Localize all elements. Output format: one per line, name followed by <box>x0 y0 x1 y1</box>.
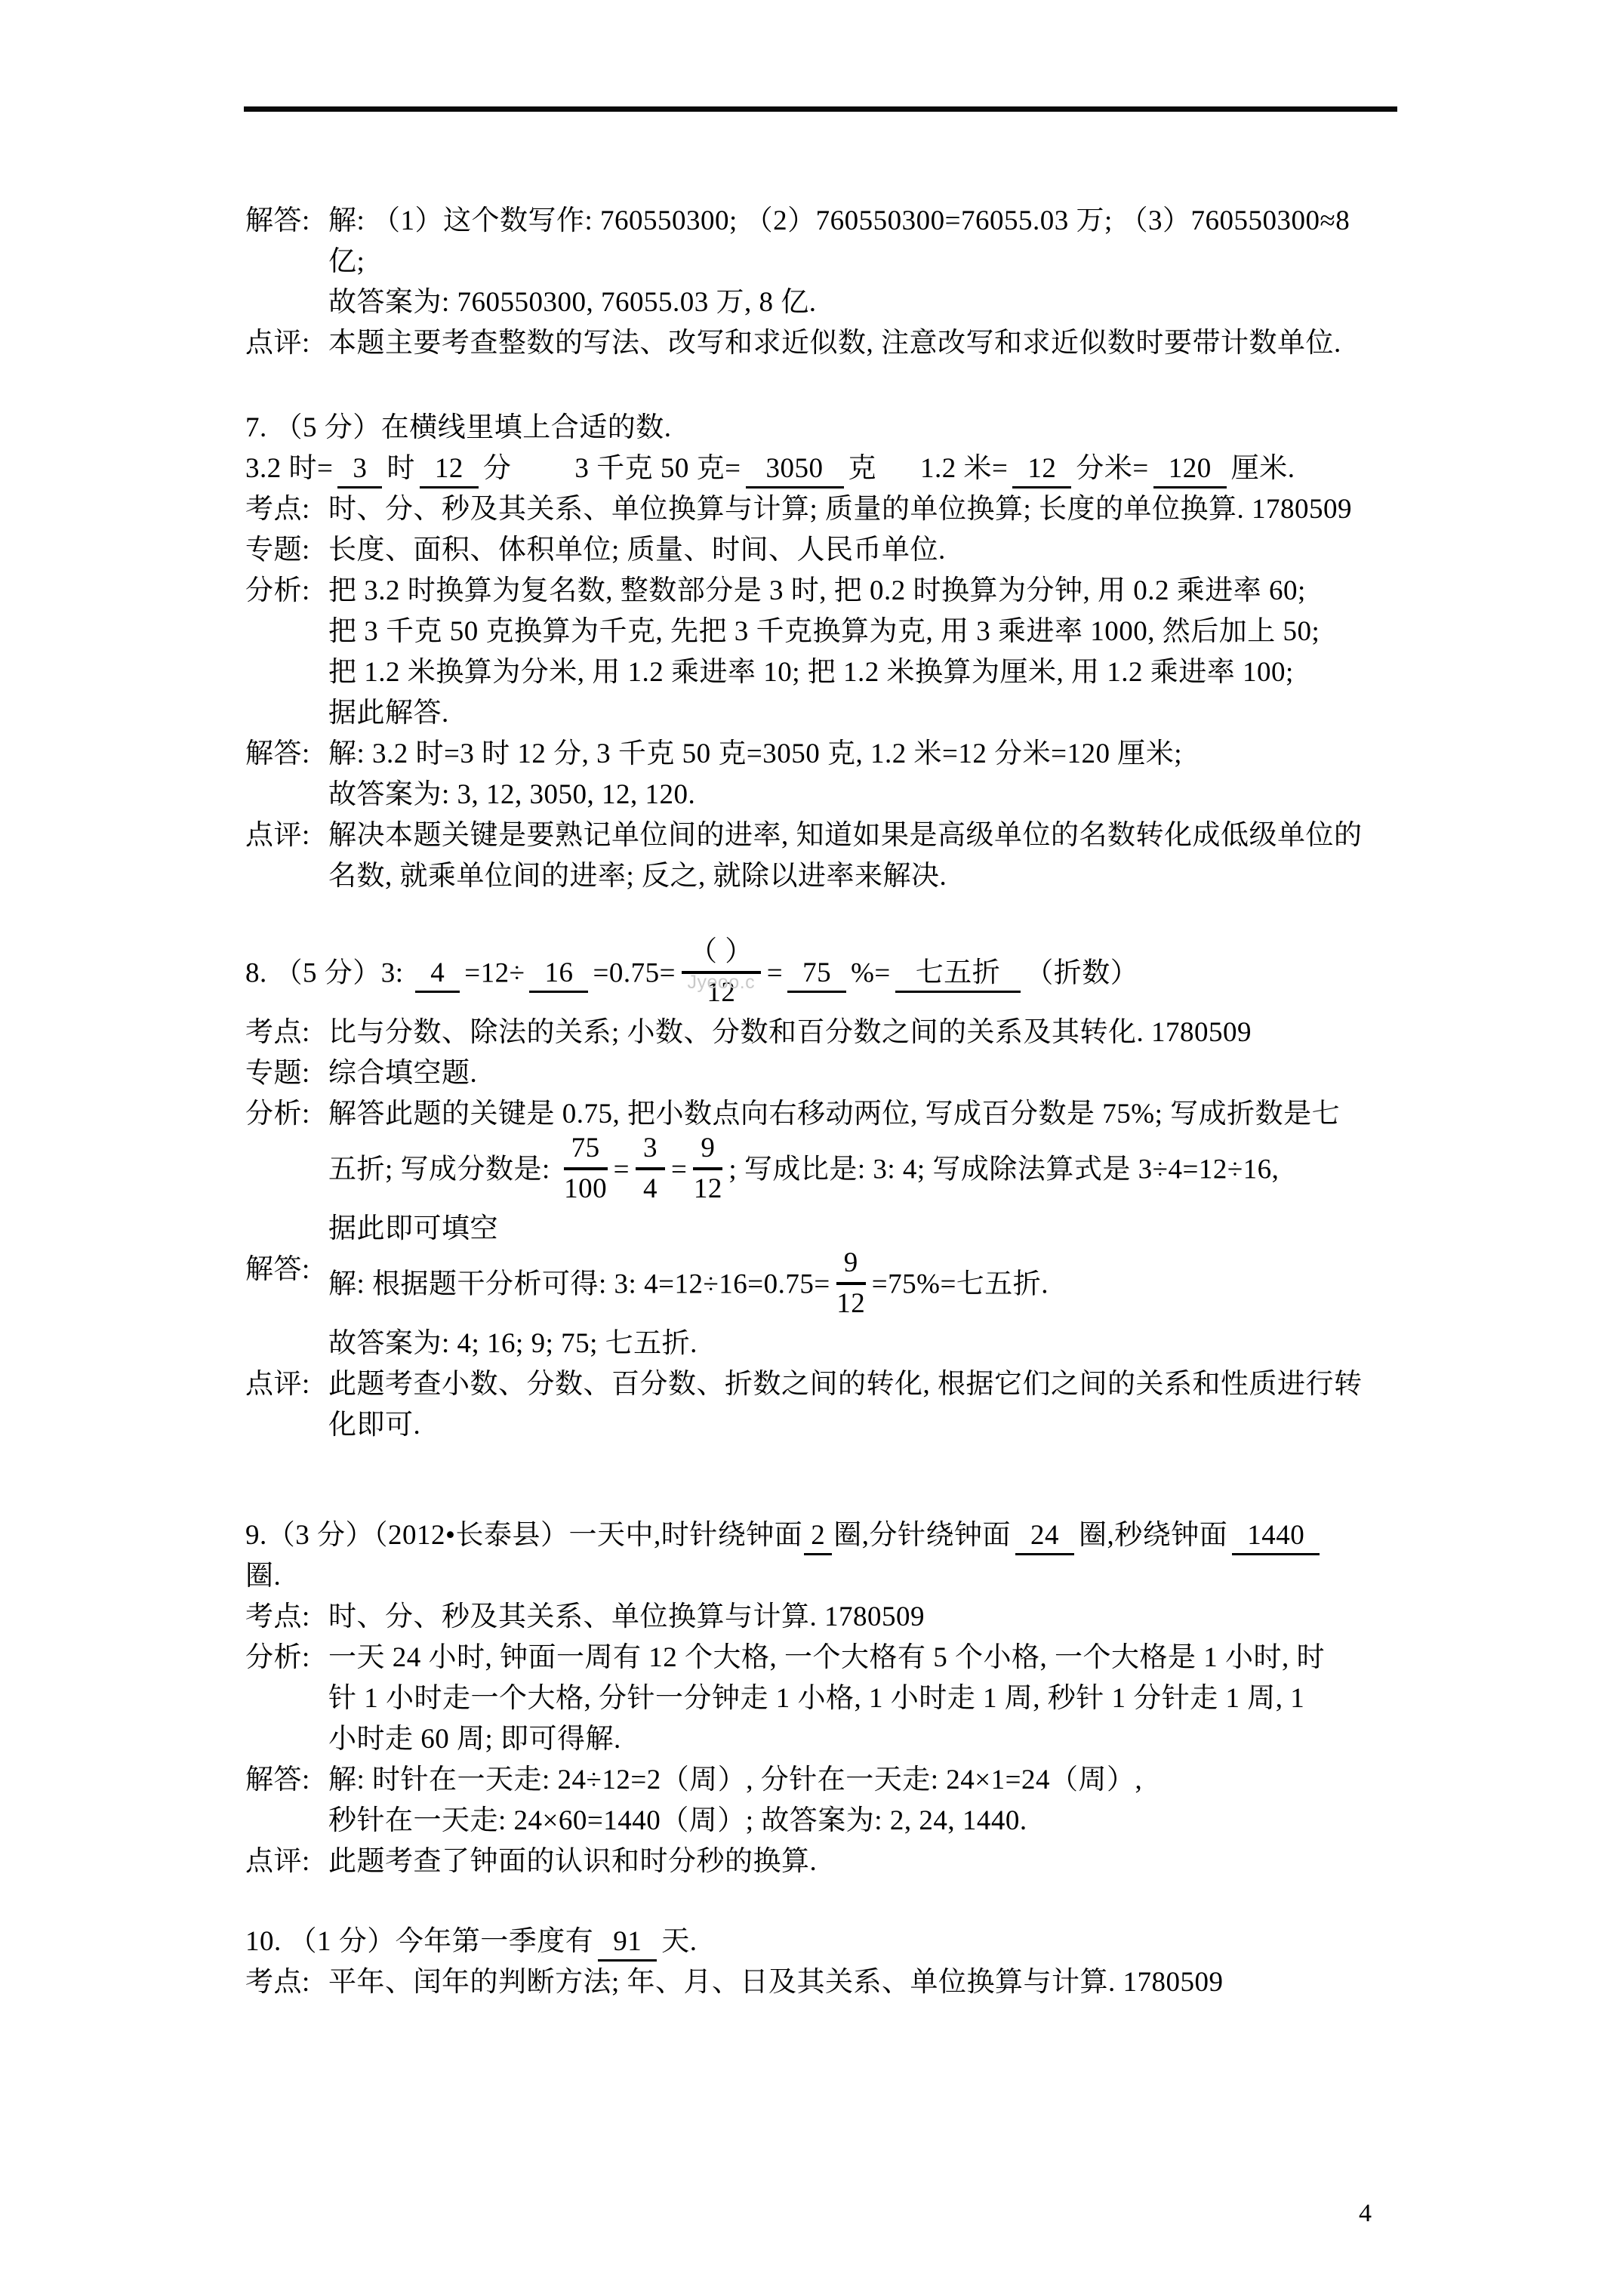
topic-label: 考点: <box>245 1012 328 1053</box>
fill-text: 9.（3 分）（2012•长泰县）一天中,时针绕钟面 <box>245 1520 802 1551</box>
answer-line: 故答案为: 3, 12, 3050, 12, 120. <box>328 775 1400 815</box>
topic-body: 比与分数、除法的关系; 小数、分数和百分数之间的关系及其转化. 1780509 <box>328 1012 1400 1053</box>
blank-answer: 120 <box>1153 452 1227 488</box>
question-9-title: 9.（3 分）（2012•长泰县）一天中,时针绕钟面2圈,分针绕钟面24圈,秒绕… <box>245 1515 1400 1556</box>
question-7-title: 7. （5 分）在横线里填上合适的数. <box>245 408 1400 448</box>
analysis-line: 小时走 60 周; 即可得解. <box>328 1719 1400 1760</box>
fill-text: =75%=七五折. <box>872 1268 1049 1299</box>
answer-label: 解答: <box>245 1760 328 1801</box>
analysis-body: 解答此题的关键是 0.75, 把小数点向右移动两位, 写成百分数是 75%; 写… <box>328 1094 1400 1250</box>
analysis-paragraph: 分析: 解答此题的关键是 0.75, 把小数点向右移动两位, 写成百分数是 75… <box>245 1094 1400 1250</box>
analysis-paragraph: 分析: 把 3.2 时换算为复名数, 整数部分是 3 时, 把 0.2 时换算为… <box>245 571 1400 734</box>
blank-answer: 12 <box>1012 452 1071 488</box>
analysis-line-fractions: 五折; 写成分数是: 75100=34=912; 写成比是: 3: 4; 写成除… <box>328 1135 1400 1209</box>
answer-line: 解: 3.2 时=3 时 12 分, 3 千克 50 克=3050 克, 1.2… <box>328 734 1400 775</box>
blank-answer: 3 <box>337 452 382 488</box>
topic-label: 考点: <box>245 489 328 530</box>
answer-line: 故答案为: 4; 16; 9; 75; 七五折. <box>328 1324 1400 1364</box>
answer-line: 亿; <box>328 242 1400 282</box>
comment-paragraph: 点评: 解决本题关键是要熟记单位间的进率, 知道如果是高级单位的名数转化成低级单… <box>245 815 1400 897</box>
fraction: 75100 <box>564 1132 608 1206</box>
answer-body: 解: （1）这个数写作: 760550300; （2）760550300=760… <box>328 201 1400 323</box>
answer-label: 解答: <box>245 201 328 242</box>
answer-body: 解: 根据题干分析可得: 3: 4=12÷16=0.75=912=75%=七五折… <box>328 1250 1400 1364</box>
question-7-section: 7. （5 分）在横线里填上合适的数. 3.2 时=3时12分3 千克 50 克… <box>245 408 1400 897</box>
fill-text: （折数） <box>1025 957 1138 988</box>
blank-answer: 4 <box>415 957 460 993</box>
question-8-section: 8. （5 分）3: 4=12÷16=0.75=（ ）12Jyeoo.c=75%… <box>245 938 1400 1446</box>
answer-paragraph: 解答: 解: 时针在一天走: 24÷12=2（周）, 分针在一天走: 24×1=… <box>245 1760 1400 1841</box>
fraction-denominator: 4 <box>636 1170 665 1206</box>
fill-text: = <box>614 1154 630 1185</box>
fill-text: 时 <box>387 453 415 484</box>
fill-text: 克 <box>848 453 877 484</box>
fill-text: 分米= <box>1076 453 1148 484</box>
comment-paragraph: 点评: 此题考查了钟面的认识和时分秒的换算. <box>245 1841 1400 1882</box>
answer-line: 故答案为: 760550300, 76055.03 万, 8 亿. <box>328 282 1400 323</box>
topic-body: 时、分、秒及其关系、单位换算与计算. 1780509 <box>328 1597 1400 1638</box>
comment-line: 名数, 就乘单位间的进率; 反之, 就除以进率来解决. <box>328 856 1400 897</box>
blank-answer: 七五折 <box>895 957 1021 993</box>
comment-paragraph: 点评: 本题主要考查整数的写法、改写和求近似数, 注意改写和求近似数时要带计数单… <box>245 323 1400 364</box>
fraction-denominator: 100 <box>564 1170 608 1206</box>
page-content: 解答: 解: （1）这个数写作: 760550300; （2）760550300… <box>245 201 1400 2003</box>
blank-answer: 24 <box>1015 1519 1074 1555</box>
fraction: 912 <box>836 1247 866 1321</box>
answer-line: 秒针在一天走: 24×60=1440（周）; 故答案为: 2, 24, 1440… <box>328 1801 1400 1841</box>
comment-body: 本题主要考查整数的写法、改写和求近似数, 注意改写和求近似数时要带计数单位. <box>328 323 1400 364</box>
jyeoo-watermark: Jyeoo.c <box>687 973 755 992</box>
blank-answer: 1440 <box>1232 1519 1320 1555</box>
question-8-title: 8. （5 分）3: 4=12÷16=0.75=（ ）12Jyeoo.c=75%… <box>245 938 1400 1012</box>
analysis-line: 把 3 千克 50 克换算为千克, 先把 3 千克换算为克, 用 3 乘进率 1… <box>328 612 1400 652</box>
fraction-numerator: 9 <box>836 1247 866 1285</box>
comment-body: 此题考查小数、分数、百分数、折数之间的转化, 根据它们之间的关系和性质进行转 化… <box>328 1364 1400 1446</box>
topic-paragraph: 考点: 平年、闰年的判断方法; 年、月、日及其关系、单位换算与计算. 17805… <box>245 1962 1400 2003</box>
theme-body: 长度、面积、体积单位; 质量、时间、人民币单位. <box>328 530 1400 571</box>
analysis-line: 解答此题的关键是 0.75, 把小数点向右移动两位, 写成百分数是 75%; 写… <box>328 1094 1400 1135</box>
blank-answer: 16 <box>529 957 588 993</box>
fill-text: 10. （1 分）今年第一季度有 <box>245 1926 593 1957</box>
fill-text: = <box>671 1154 687 1185</box>
topic-body: 时、分、秒及其关系、单位换算与计算; 质量的单位换算; 长度的单位换算. 178… <box>328 489 1400 530</box>
blank-answer: 2 <box>804 1519 832 1555</box>
topic-paragraph: 考点: 时、分、秒及其关系、单位换算与计算. 1780509 <box>245 1597 1400 1638</box>
theme-paragraph: 专题: 长度、面积、体积单位; 质量、时间、人民币单位. <box>245 530 1400 571</box>
fill-text: 厘米. <box>1231 453 1295 484</box>
question-7-fill-line: 3.2 时=3时12分3 千克 50 克=3050克1.2 米=12分米=120… <box>245 448 1400 489</box>
fill-text: 五折; 写成分数是: <box>328 1154 558 1185</box>
answer-label: 解答: <box>245 1250 328 1290</box>
fill-text: %= <box>851 957 891 988</box>
fraction-numerator: 3 <box>636 1132 665 1170</box>
blank-answer: 12 <box>420 452 479 488</box>
fill-text: 圈,分针绕钟面 <box>833 1520 1011 1551</box>
fill-text: 天. <box>661 1926 697 1957</box>
analysis-line: 据此解答. <box>328 693 1400 734</box>
analysis-label: 分析: <box>245 571 328 612</box>
fill-text: 1.2 米= <box>920 453 1008 484</box>
analysis-line: 把 1.2 米换算为分米, 用 1.2 乘进率 10; 把 1.2 米换算为厘米… <box>328 652 1400 693</box>
blank-answer: 91 <box>598 1925 657 1962</box>
topic-paragraph: 考点: 比与分数、除法的关系; 小数、分数和百分数之间的关系及其转化. 1780… <box>245 1012 1400 1053</box>
analysis-body: 把 3.2 时换算为复名数, 整数部分是 3 时, 把 0.2 时换算为分钟, … <box>328 571 1400 734</box>
fraction-numerator: 75 <box>564 1132 608 1170</box>
question-6-answer-section: 解答: 解: （1）这个数写作: 760550300; （2）760550300… <box>245 201 1400 364</box>
blank-answer: 3050 <box>746 452 844 488</box>
analysis-label: 分析: <box>245 1638 328 1678</box>
fill-text: 圈,秒绕钟面 <box>1079 1520 1227 1551</box>
comment-body: 解决本题关键是要熟记单位间的进率, 知道如果是高级单位的名数转化成低级单位的 名… <box>328 815 1400 897</box>
topic-paragraph: 考点: 时、分、秒及其关系、单位换算与计算; 质量的单位换算; 长度的单位换算.… <box>245 489 1400 530</box>
comment-line: 此题考查小数、分数、百分数、折数之间的转化, 根据它们之间的关系和性质进行转 <box>328 1364 1400 1405</box>
answer-label: 解答: <box>245 734 328 775</box>
document-page: 解答: 解: （1）这个数写作: 760550300; （2）760550300… <box>0 0 1623 2296</box>
fraction-denominator: 12 <box>836 1285 866 1321</box>
answer-paragraph: 解答: 解: （1）这个数写作: 760550300; （2）760550300… <box>245 201 1400 323</box>
answer-line: 解: 时针在一天走: 24÷12=2（周）, 分针在一天走: 24×1=24（周… <box>328 1760 1400 1801</box>
fraction-numerator: （ ） <box>682 935 761 974</box>
fill-text: 3 千克 50 克= <box>574 453 741 484</box>
fill-text: 解: 根据题干分析可得: 3: 4=12÷16=0.75= <box>328 1268 830 1299</box>
comment-label: 点评: <box>245 323 328 364</box>
comment-line: 解决本题关键是要熟记单位间的进率, 知道如果是高级单位的名数转化成低级单位的 <box>328 815 1400 856</box>
comment-label: 点评: <box>245 1841 328 1882</box>
fill-text: = <box>767 957 783 988</box>
analysis-line: 一天 24 小时, 钟面一周有 12 个大格, 一个大格有 5 个小格, 一个大… <box>328 1638 1400 1678</box>
fraction: 34 <box>636 1132 665 1206</box>
analysis-line: 据此即可填空 <box>328 1209 1400 1250</box>
fill-text: =12÷ <box>464 957 525 988</box>
theme-body: 综合填空题. <box>328 1053 1400 1094</box>
answer-paragraph: 解答: 解: 3.2 时=3 时 12 分, 3 千克 50 克=3050 克,… <box>245 734 1400 815</box>
blank-answer: 75 <box>787 957 846 993</box>
answer-body: 解: 3.2 时=3 时 12 分, 3 千克 50 克=3050 克, 1.2… <box>328 734 1400 815</box>
topic-label: 考点: <box>245 1962 328 2003</box>
analysis-line: 把 3.2 时换算为复名数, 整数部分是 3 时, 把 0.2 时换算为分钟, … <box>328 571 1400 612</box>
question-10-title: 10. （1 分）今年第一季度有91天. <box>245 1922 1400 1962</box>
fill-text: 分 <box>483 453 512 484</box>
fraction: 912 <box>693 1132 722 1206</box>
fill-text: 8. （5 分）3: <box>245 957 411 988</box>
answer-line: 解: （1）这个数写作: 760550300; （2）760550300=760… <box>328 201 1400 242</box>
fill-text: =0.75= <box>593 957 675 988</box>
question-9-section: 9.（3 分）（2012•长泰县）一天中,时针绕钟面2圈,分针绕钟面24圈,秒绕… <box>245 1515 1400 1882</box>
topic-label: 考点: <box>245 1597 328 1638</box>
header-rule <box>244 106 1397 112</box>
comment-line: 化即可. <box>328 1405 1400 1446</box>
answer-body: 解: 时针在一天走: 24÷12=2（周）, 分针在一天走: 24×1=24（周… <box>328 1760 1400 1841</box>
page-number: 4 <box>1359 2199 1372 2229</box>
theme-label: 专题: <box>245 1053 328 1094</box>
answer-line-fraction: 解: 根据题干分析可得: 3: 4=12÷16=0.75=912=75%=七五折… <box>328 1250 1400 1324</box>
theme-label: 专题: <box>245 530 328 571</box>
analysis-label: 分析: <box>245 1094 328 1135</box>
analysis-line: 针 1 小时走一个大格, 分针一分钟走 1 小格, 1 小时走 1 周, 秒针 … <box>328 1678 1400 1719</box>
analysis-paragraph: 分析: 一天 24 小时, 钟面一周有 12 个大格, 一个大格有 5 个小格,… <box>245 1638 1400 1760</box>
theme-paragraph: 专题: 综合填空题. <box>245 1053 1400 1094</box>
question-9-title-wrap: 圈. <box>245 1556 1400 1597</box>
answer-paragraph: 解答: 解: 根据题干分析可得: 3: 4=12÷16=0.75=912=75%… <box>245 1250 1400 1364</box>
fill-text: 3.2 时= <box>245 453 333 484</box>
fraction: （ ）12Jyeoo.c <box>682 935 761 1009</box>
comment-label: 点评: <box>245 815 328 856</box>
fraction-denominator: 12 <box>693 1170 722 1206</box>
question-10-section: 10. （1 分）今年第一季度有91天. 考点: 平年、闰年的判断方法; 年、月… <box>245 1922 1400 2003</box>
topic-body: 平年、闰年的判断方法; 年、月、日及其关系、单位换算与计算. 1780509 <box>328 1962 1400 2003</box>
fraction-numerator: 9 <box>693 1132 722 1170</box>
analysis-body: 一天 24 小时, 钟面一周有 12 个大格, 一个大格有 5 个小格, 一个大… <box>328 1638 1400 1760</box>
comment-body: 此题考查了钟面的认识和时分秒的换算. <box>328 1841 1400 1882</box>
comment-paragraph: 点评: 此题考查小数、分数、百分数、折数之间的转化, 根据它们之间的关系和性质进… <box>245 1364 1400 1446</box>
fill-text: ; 写成比是: 3: 4; 写成除法算式是 3÷4=12÷16, <box>728 1154 1279 1185</box>
comment-label: 点评: <box>245 1364 328 1405</box>
